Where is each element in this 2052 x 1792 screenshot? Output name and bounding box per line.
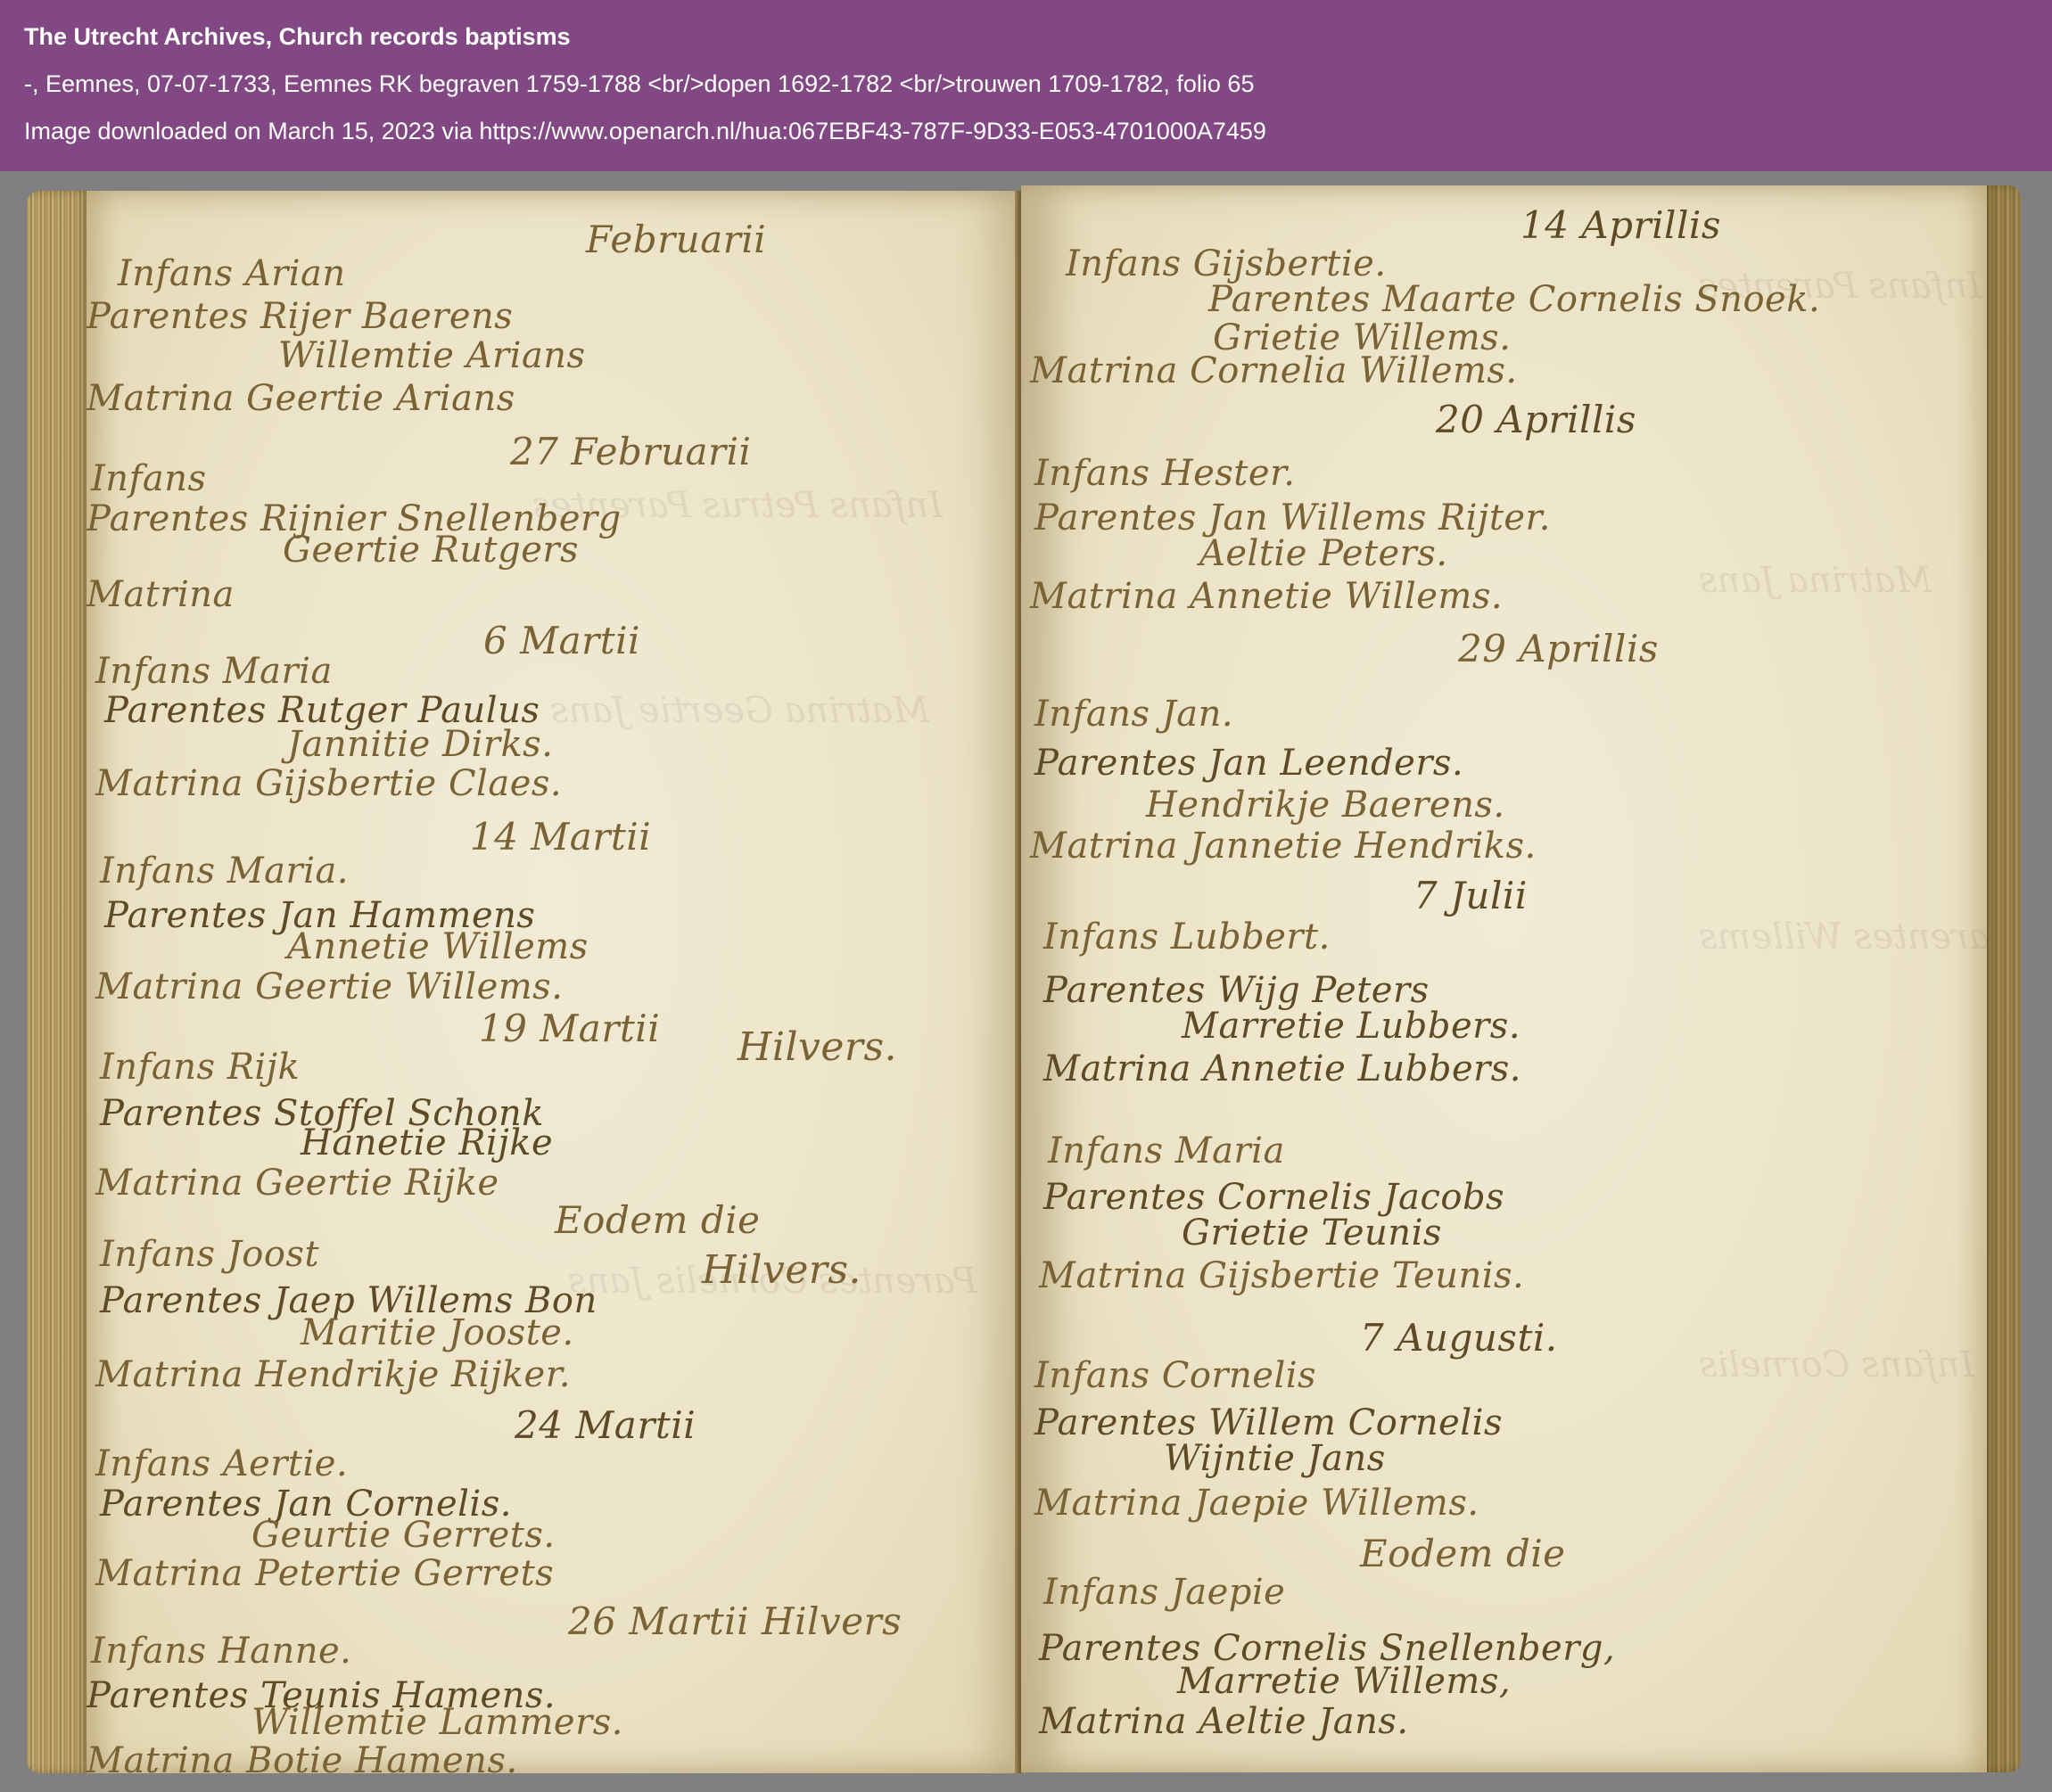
book-scan: Infans Petrus Parentes Matrina Geertie J… [0, 171, 2052, 1792]
download-source: Image downloaded on March 15, 2023 via h… [24, 118, 1266, 145]
date-heading: 7 Augusti. [1360, 1316, 1558, 1360]
entry-matrina: Matrina Jaepie Willems. [1034, 1483, 1479, 1524]
entry-infans: Infans Jan. [1034, 694, 1233, 735]
date-heading: 27 Februarii [510, 430, 752, 473]
date-heading: 29 Aprillis [1458, 627, 1659, 670]
entry-infans: Infans Cornelis [1034, 1355, 1316, 1396]
entry-infans: Infans Aertie. [95, 1443, 348, 1484]
entry-matrina: Matrina Annetie Lubbers. [1043, 1048, 1521, 1089]
entry-mother: Marretie Willems, [1177, 1661, 1511, 1702]
bleed-through-text: Matrina Jans [1699, 560, 1932, 601]
entry-matrina: Matrina Annetie Willems. [1030, 576, 1503, 617]
date-heading: 26 Martii Hilvers [568, 1599, 902, 1643]
margin-note-place: Hilvers. [702, 1247, 861, 1293]
entry-mother: Hanetie Rijke [301, 1122, 553, 1163]
entry-matrina: Matrina Aeltie Jans. [1039, 1701, 1409, 1742]
date-heading: 7 Julii [1413, 874, 1528, 917]
left-fore-edge [27, 191, 89, 1773]
entry-infans: Infans Joost [100, 1234, 319, 1275]
date-heading: 14 Martii [470, 815, 651, 859]
entry-matrina: Matrina Cornelia Willems. [1030, 350, 1518, 391]
entry-matrina: Matrina [87, 574, 235, 615]
entry-infans: Infans Lubbert. [1043, 917, 1331, 958]
entry-infans: Infans Jaepie [1043, 1572, 1285, 1613]
date-heading: 14 Aprillis [1520, 203, 1721, 247]
bleed-through-text: Infans Cornelis [1699, 1344, 1974, 1385]
entry-parentes: Parentes Jan Leenders. [1034, 743, 1463, 784]
entry-infans: Infans Hanne. [91, 1631, 351, 1672]
entry-mother: Jannitie Dirks. [287, 724, 553, 765]
date-heading: 19 Martii [479, 1007, 660, 1050]
entry-matrina: Matrina Petertie Gerrets [95, 1553, 554, 1594]
archive-title: The Utrecht Archives, Church records bap… [24, 23, 571, 51]
entry-mother: Grietie Teunis [1182, 1212, 1442, 1254]
date-heading: Eodem die [555, 1198, 761, 1242]
entry-matrina: Matrina Geertie Willems. [95, 966, 563, 1007]
entry-mother: Annetie Willems [287, 926, 589, 967]
entry-mother: Geurtie Gerrets. [251, 1515, 556, 1556]
entry-mother: Geertie Rutgers [283, 530, 579, 571]
entry-mother: Willemtie Lammers. [251, 1702, 623, 1743]
entry-infans: Infans Maria [1048, 1130, 1285, 1171]
date-heading: 20 Aprillis [1436, 398, 1636, 441]
date-heading: 6 Martii [483, 619, 640, 662]
entry-matrina: Matrina Gijsbertie Teunis. [1039, 1255, 1524, 1296]
entry-infans: Infans Arian [118, 253, 346, 294]
date-heading: 24 Martii [515, 1403, 696, 1447]
entry-mother: Marretie Lubbers. [1182, 1006, 1520, 1047]
entry-parentes: Parentes Maarte Cornelis Snoek. [1208, 279, 1820, 320]
entry-infans: Infans Rijk [100, 1047, 300, 1088]
bleed-through-text: Matrina Geertie Jans [550, 690, 929, 731]
entry-mother: Wijntie Jans [1164, 1438, 1386, 1479]
left-page: Infans Petrus Parentes Matrina Geertie J… [87, 191, 1018, 1773]
entry-mother: Willemtie Arians [278, 335, 586, 376]
entry-matrina: Matrina Botie Hamens. [87, 1740, 518, 1773]
entry-infans: Infans Hester. [1034, 453, 1296, 494]
entry-matrina: Matrina Geertie Rijke [95, 1163, 499, 1204]
entry-mother: Maritie Jooste. [301, 1312, 574, 1353]
right-page: Infans Parentes Matrina Jans Parentes Wi… [1021, 185, 1987, 1772]
entry-matrina: Matrina Hendrikje Rijker. [95, 1354, 571, 1395]
archive-header-banner: The Utrecht Archives, Church records bap… [0, 0, 2052, 171]
entry-infans: Infans Maria [95, 651, 333, 692]
entry-mother: Aeltie Peters. [1199, 533, 1448, 574]
margin-note-place: Hilvers. [738, 1024, 897, 1070]
date-heading: Februarii [586, 218, 766, 261]
entry-infans: Infans Maria. [100, 851, 349, 892]
entry-matrina: Matrina Gijsbertie Claes. [95, 763, 562, 804]
right-fore-edge [1985, 185, 2021, 1772]
entry-matrina: Matrina Jannetie Hendriks. [1030, 826, 1537, 867]
record-metadata: -, Eemnes, 07-07-1733, Eemnes RK begrave… [24, 70, 1254, 98]
entry-infans: Infans [91, 458, 207, 499]
date-heading: Eodem die [1360, 1532, 1566, 1575]
entry-mother: Hendrikje Baerens. [1146, 785, 1505, 826]
entry-parentes: Parentes Rijer Baerens [87, 296, 513, 337]
entry-matrina: Matrina Geertie Arians [87, 378, 515, 419]
bleed-through-text: Parentes Willems [1699, 917, 1987, 958]
